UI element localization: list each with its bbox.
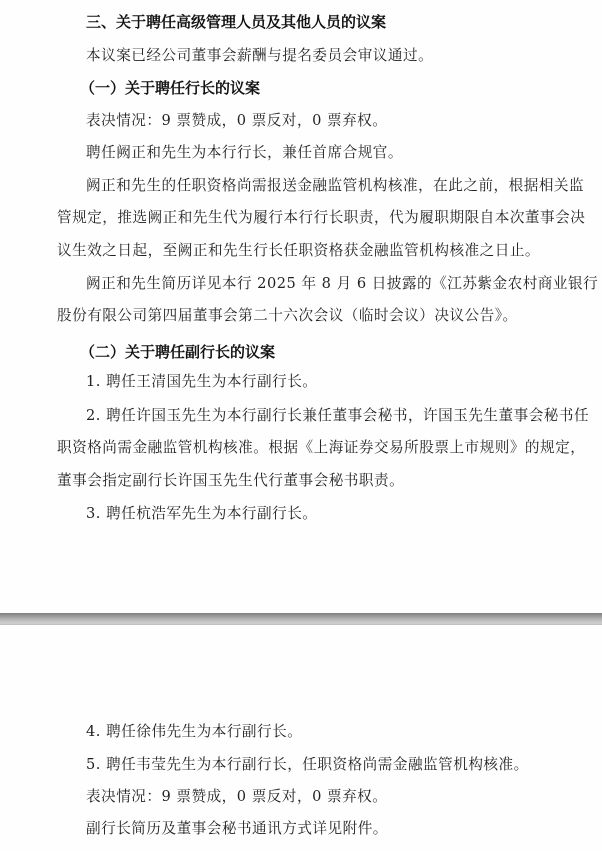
intro-paragraph: 本议案已经公司董事会薪酬与提名委员会审议通过。 — [86, 46, 558, 66]
section-heading: 三、关于聘任高级管理人员及其他人员的议案 — [86, 12, 586, 32]
resume-line-1: 阙正和先生简历详见本行 2025 年 8 月 6 日披露的《江苏紫金农村商业银行 — [86, 274, 558, 294]
vp-item-2-line-3: 董事会指定副行长许国玉先生代行董事会秘书职责。 — [57, 471, 557, 491]
vote-result-1: 表决情况：9 票赞成，0 票反对，0 票弃权。 — [86, 111, 558, 131]
vp-item-2-line-2: 职资格尚需金融监管机构核准。根据《上海证券交易所股票上市规则》的规定， — [57, 438, 557, 458]
vp-item-2-line-1: 2. 聘任许国玉先生为本行副行长兼任董事会秘书，许国玉先生董事会秘书任 — [86, 406, 558, 426]
page-break-divider — [0, 613, 602, 625]
vp-item-5: 5. 聘任韦莹先生为本行副行长，任职资格尚需金融监管机构核准。 — [86, 755, 558, 775]
vp-item-3: 3. 聘任杭浩军先生为本行副行长。 — [86, 504, 558, 524]
qualification-line-1: 阙正和先生的任职资格尚需报送金融监管机构核准，在此之前，根据相关监 — [86, 176, 558, 196]
resume-line-2: 股份有限公司第四届董事会第二十六次会议（临时会议）决议公告》。 — [57, 306, 557, 326]
document-page-1: 三、关于聘任高级管理人员及其他人员的议案 本议案已经公司董事会薪酬与提名委员会审… — [0, 0, 602, 613]
vp-item-4: 4. 聘任徐伟先生为本行副行长。 — [86, 722, 558, 742]
vp-item-1: 1. 聘任王清国先生为本行副行长。 — [86, 372, 558, 392]
president-appointment: 聘任阙正和先生为本行行长，兼任首席合规官。 — [86, 143, 558, 163]
qualification-line-2: 管规定，推选阙正和先生代为履行本行行长职责，代为履职期限自本次董事会决 — [57, 208, 557, 228]
subsection-heading-1: （一）关于聘任行长的议案 — [80, 78, 580, 98]
document-page-2: 4. 聘任徐伟先生为本行副行长。 5. 聘任韦莹先生为本行副行长，任职资格尚需金… — [0, 625, 602, 851]
attachment-note: 副行长简历及董事会秘书通讯方式详见附件。 — [86, 819, 558, 839]
qualification-line-3: 议生效之日起，至阙正和先生行长任职资格获金融监管机构核准之日止。 — [57, 241, 557, 261]
subsection-heading-2: （二）关于聘任副行长的议案 — [80, 342, 580, 362]
vote-result-2: 表决情况：9 票赞成，0 票反对，0 票弃权。 — [86, 787, 558, 807]
